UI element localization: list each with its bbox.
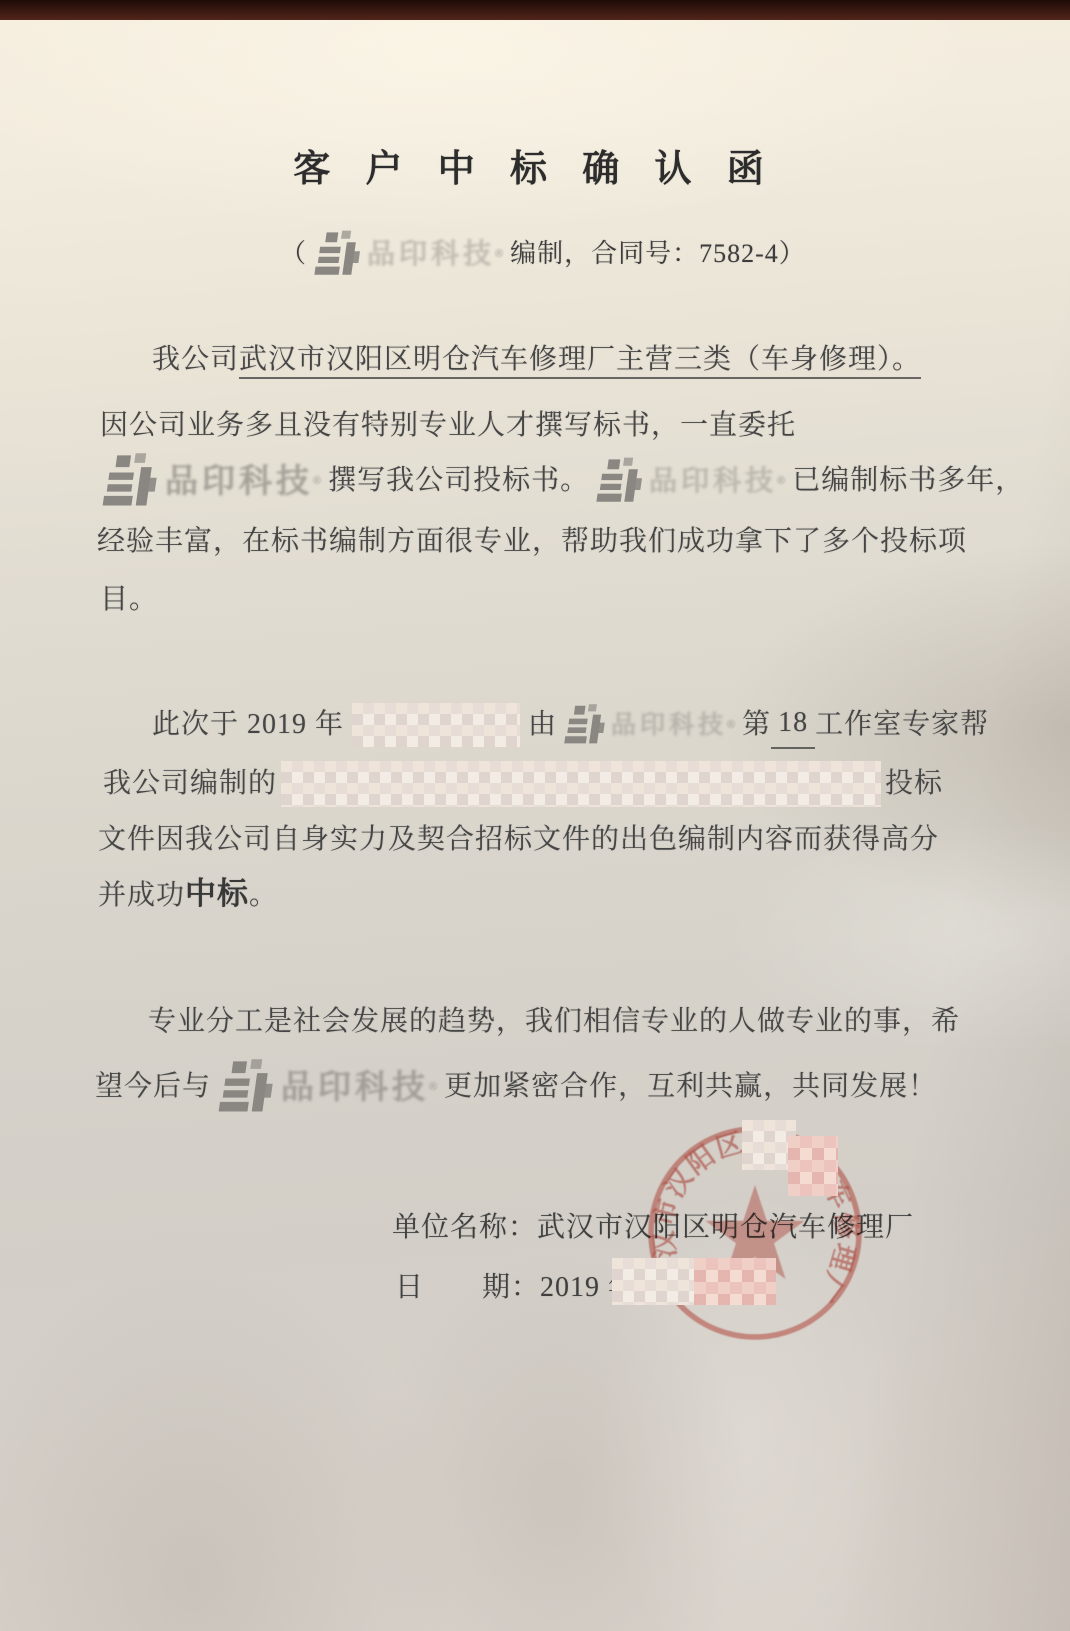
p3-l1-mid: 由 <box>528 703 557 747</box>
redaction-mosaic <box>694 1258 776 1305</box>
paragraph2-line3: 经验丰富，在标书编制方面很专业，帮助我们成功拿下了多个投标项 <box>97 520 967 564</box>
pinyin-tech-logo: 品印科技 ® <box>313 227 504 281</box>
redaction-mosaic <box>612 1258 694 1305</box>
p3-l1-lead: 此次于 2019 年 <box>152 703 344 747</box>
p3-l2-lead: 我公司编制的 <box>103 762 277 806</box>
p2-l2-text2: 已编制标书多年， <box>792 459 1024 503</box>
redaction-mosaic <box>352 703 520 747</box>
paragraph2-line2: 品印科技 ® 撰写我公司投标书。 品印科技 ® 已编制标书多年， <box>95 442 1024 520</box>
table-surface <box>0 0 1070 21</box>
p4-l2-lead: 望今后与 <box>95 1065 211 1109</box>
p4-l2-tail: 更加紧密合作，互利共赢，共同发展！ <box>444 1065 937 1109</box>
pinyin-tech-logo-word: 品印科技 <box>611 703 727 747</box>
paragraph3-line1: 此次于 2019 年 由 品印科技 ® 第 18 工作室专家帮 <box>152 696 989 754</box>
p3-l1-tail: 工作室专家帮 <box>815 703 989 747</box>
paragraph2-line4: 目。 <box>100 578 158 622</box>
registered-mark-icon: ® <box>495 232 504 276</box>
pinyin-tech-logo-icon <box>313 227 367 281</box>
paragraph3-line2: 我公司编制的 投标 <box>103 758 943 810</box>
document-photo: 客 户 中 标 确 认 函 （ 品印科技 ® 编制，合同号：7582-4） 我公… <box>0 0 1070 1631</box>
p2-l2-text1: 撰写我公司投标书。 <box>328 459 589 503</box>
p3-l4-lead: 并成功 <box>98 880 185 911</box>
pinyin-tech-logo-icon <box>101 449 165 513</box>
redaction-mosaic <box>281 761 881 807</box>
document-title: 客 户 中 标 确 认 函 <box>0 148 1070 192</box>
registered-mark-icon: ® <box>777 459 786 503</box>
pinyin-tech-logo-icon <box>595 454 649 508</box>
registered-mark-icon: ® <box>313 459 322 503</box>
registered-mark-icon: ® <box>429 1065 438 1109</box>
p1-underlined: 武汉市汉阳区明仓汽车修理厂主营三类（车身修理）。 <box>239 344 921 379</box>
p3-l1-di: 第 <box>742 703 771 747</box>
registered-mark-icon: ® <box>727 703 736 747</box>
p3-l4-tail: 。 <box>249 880 278 911</box>
open-paren: （ <box>280 232 307 276</box>
pinyin-tech-logo: 品印科技 ® <box>217 1055 438 1119</box>
pinyin-tech-logo: 品印科技 ® <box>563 701 736 749</box>
pinyin-tech-logo: 品印科技 ® <box>595 454 786 508</box>
org-label: 单位名称： <box>392 1212 537 1243</box>
pinyin-tech-logo-icon <box>217 1055 281 1119</box>
paragraph4-line2: 望今后与 品印科技 ® 更加紧密合作，互利共赢，共同发展！ <box>95 1048 937 1126</box>
pinyin-tech-logo-icon <box>563 701 611 749</box>
pinyin-tech-logo-word: 品印科技 <box>165 459 313 503</box>
p3-l1-number: 18 <box>771 701 815 749</box>
paragraph3-line3: 文件因我公司自身实力及契合招标文件的出色编制内容而获得高分 <box>98 818 939 862</box>
redaction-mosaic <box>788 1136 838 1196</box>
signature-date-line: 日 期：2019 年 <box>395 1266 637 1310</box>
p1-lead: 我公司 <box>152 344 239 375</box>
paragraph3-line4: 并成功中标。 <box>98 872 278 918</box>
date-label: 日 期： <box>395 1272 540 1303</box>
pinyin-tech-logo-word: 品印科技 <box>281 1065 429 1109</box>
p3-l2-tail: 投标 <box>885 762 943 806</box>
pinyin-tech-logo-word: 品印科技 <box>367 232 495 276</box>
subtitle-text: 编制，合同号：7582-4） <box>510 232 806 276</box>
paragraph1-line1: 我公司武汉市汉阳区明仓汽车修理厂主营三类（车身修理）。 <box>152 338 921 382</box>
subtitle-line: （ 品印科技 ® 编制，合同号：7582-4） <box>280 216 806 292</box>
p3-l4-bold: 中标 <box>185 876 249 911</box>
pinyin-tech-logo-word: 品印科技 <box>649 459 777 503</box>
pinyin-tech-logo: 品印科技 ® <box>101 449 322 513</box>
paragraph4-line1: 专业分工是社会发展的趋势，我们相信专业的人做专业的事，希 <box>148 1000 960 1044</box>
